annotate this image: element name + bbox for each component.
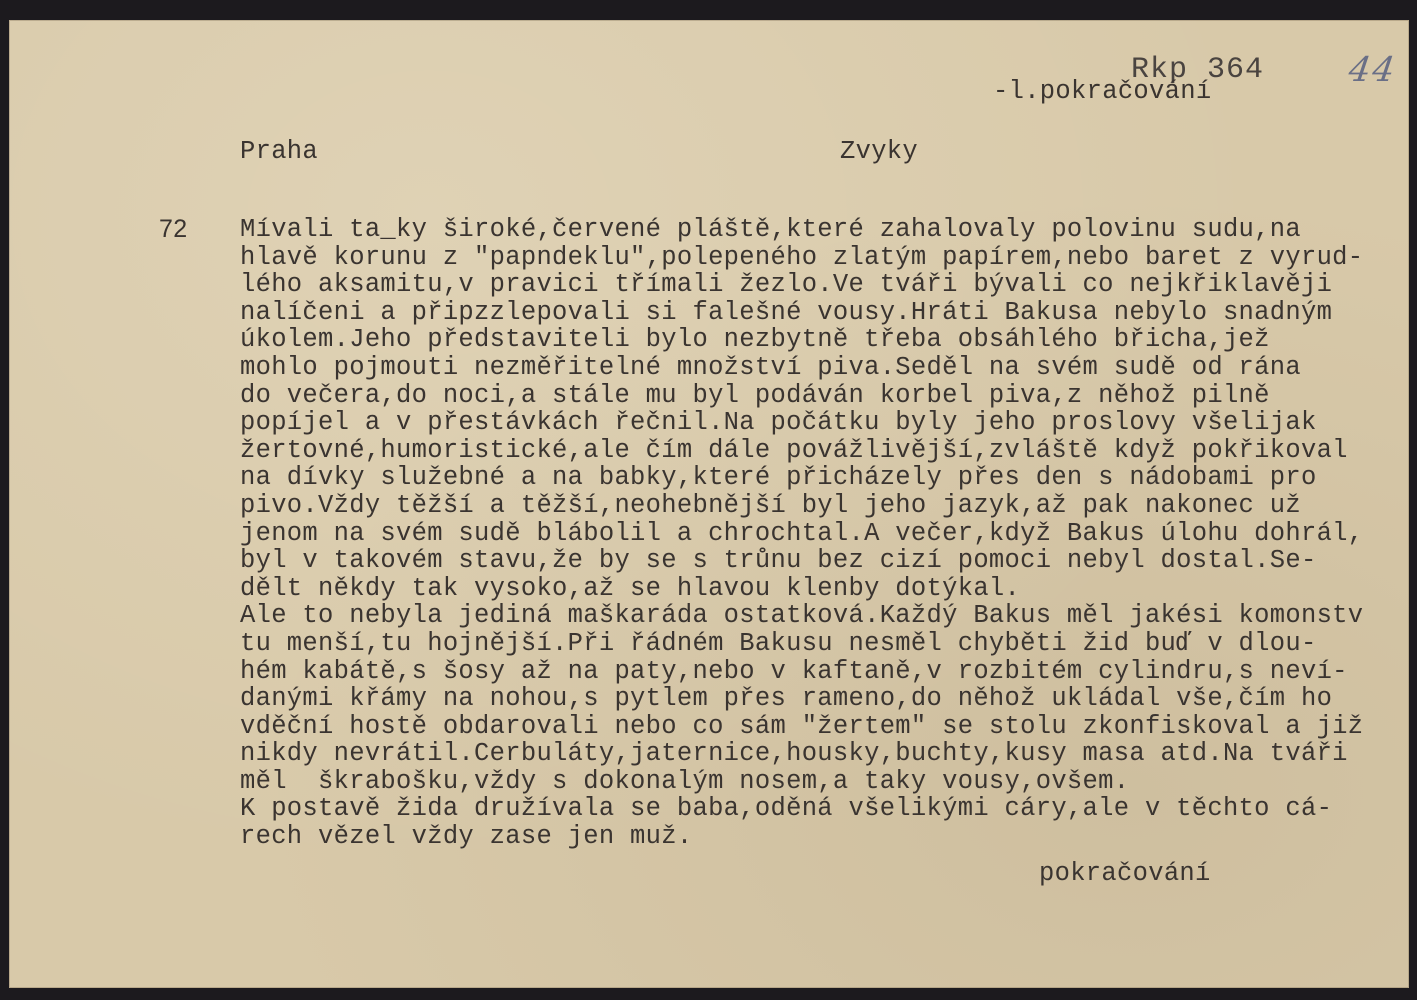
body-line: do večera,do noci,a stále mu byl podáván… — [240, 382, 1363, 410]
body-line: nalíčeni a připzzlepovali si falešné vou… — [240, 299, 1363, 327]
body-line: lého aksamitu,v pravici třímali žezlo.Ve… — [240, 271, 1363, 299]
continuation-header: -l.pokračování — [993, 78, 1211, 106]
body-line: vděční hostě obdarovali nebo co sám "žer… — [240, 713, 1363, 741]
body-text: Mívali ta_ky široké,červené pláště,které… — [240, 216, 1363, 851]
place-heading: Praha — [240, 138, 318, 166]
body-line: jenom na svém sudě blábolil a chrochtal.… — [240, 520, 1363, 548]
body-line: danými křámy na nohou,s pytlem přes rame… — [240, 685, 1363, 713]
body-line: tu menší,tu hojnější.Při řádném Bakusu n… — [240, 630, 1363, 658]
body-line: žertovné,humoristické,ale čím dále pováž… — [240, 437, 1363, 465]
body-line: dělt někdy tak vysoko,až se hlavou klenb… — [240, 575, 1363, 603]
body-line: hém kabátě,s šosy až na paty,nebo v kaft… — [240, 658, 1363, 686]
body-line: byl v takovém stavu,že by se s trůnu bez… — [240, 547, 1363, 575]
body-line: nikdy nevrátil.Cerbuláty,jaternice,housk… — [240, 740, 1363, 768]
body-line: měl škrabošku,vždy s dokonalým nosem,a t… — [240, 768, 1363, 796]
entry-number: 72 — [159, 216, 187, 244]
body-line: na dívky služebné a na babky,které přich… — [240, 464, 1363, 492]
body-line: hlavě korunu z "papndeklu",polepeného zl… — [240, 244, 1363, 272]
body-line: K postavě žida družívala se baba,oděná v… — [240, 795, 1363, 823]
folio-number: 44 — [1346, 50, 1399, 90]
body-line: rech vězel vždy zase jen muž. — [240, 823, 1363, 851]
topic-heading: Zvyky — [840, 138, 918, 166]
body-line: pivo.Vždy těžší a těžší,neohebnější byl … — [240, 492, 1363, 520]
body-line: mohlo pojmouti nezměřitelné množství piv… — [240, 354, 1363, 382]
continuation-footer: pokračování — [1039, 860, 1211, 888]
archive-card: Rkp 364 44 -l.pokračování Praha Zvyky 72… — [9, 20, 1409, 988]
body-line: popíjel a v přestávkách řečnil.Na počátk… — [240, 409, 1363, 437]
body-line: Ale to nebyla jediná maškaráda ostatková… — [240, 602, 1363, 630]
body-line: úkolem.Jeho představiteli bylo nezbytně … — [240, 326, 1363, 354]
body-line: Mívali ta_ky široké,červené pláště,které… — [240, 216, 1363, 244]
